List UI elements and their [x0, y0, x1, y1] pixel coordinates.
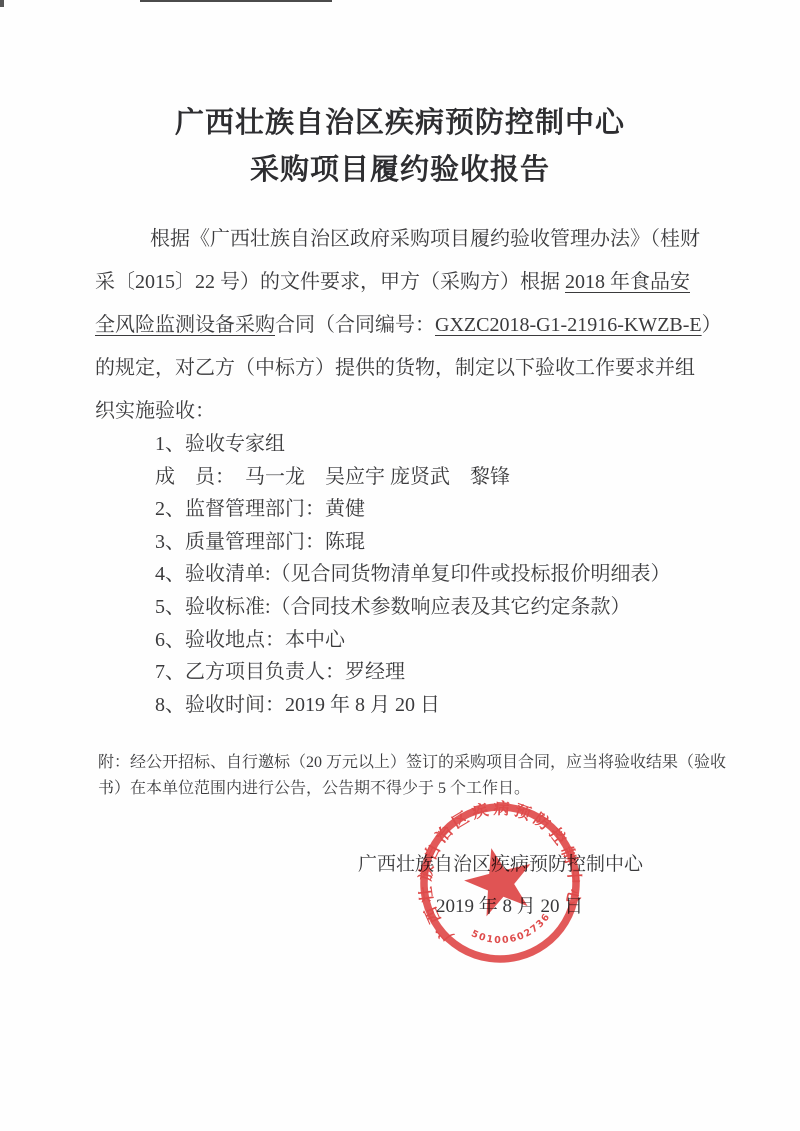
document-title-line2: 采购项目履约验收报告: [0, 147, 800, 188]
text-segment: ）: [702, 314, 722, 336]
list-item: 成 员： 马一龙 吴应宇 庞贤武 黎锋: [155, 461, 671, 494]
document-title-line1: 广西壮族自治区疾病预防控制中心: [0, 100, 800, 141]
paragraph-line: 全风险监测设备采购合同（合同编号：GXZC2018-G1-21916-KWZB-…: [95, 304, 715, 347]
document-page: 广西壮族自治区疾病预防控制中心 采购项目履约验收报告 根据《广西壮族自治区政府采…: [0, 0, 800, 1131]
list-item: 3、质量管理部门：陈琨: [155, 526, 671, 559]
list-item: 5、验收标准:（合同技术参数响应表及其它约定条款）: [155, 591, 671, 624]
scan-artifact-line: [140, 0, 332, 2]
underlined-text-segment: 2018 年食品安: [565, 271, 690, 293]
contract-number: GXZC2018-G1-21916-KWZB-E: [435, 314, 702, 336]
signature-organization: 广西壮族自治区疾病预防控制中心: [358, 849, 643, 876]
paragraph-line: 根据《广西壮族自治区政府采购项目履约验收管理办法》（桂财: [95, 218, 715, 261]
text-segment: 的规定，对乙方（中标方）提供的货物，制定以下验收工作要求并组: [95, 357, 695, 379]
list-item: 2、监督管理部门：黄健: [155, 493, 671, 526]
text-segment: 采〔2015〕22 号）的文件要求，甲方（采购方）根据: [95, 271, 565, 293]
list-item: 8、验收时间：2019 年 8 月 20 日: [155, 689, 671, 722]
intro-paragraph: 根据《广西壮族自治区政府采购项目履约验收管理办法》（桂财 采〔2015〕22 号…: [95, 218, 715, 433]
acceptance-items-list: 1、验收专家组 成 员： 马一龙 吴应宇 庞贤武 黎锋 2、监督管理部门：黄健 …: [155, 428, 671, 721]
list-item: 1、验收专家组: [155, 428, 671, 461]
paragraph-line: 织实施验收：: [95, 390, 715, 433]
text-segment: 织实施验收：: [95, 400, 215, 422]
signature-date: 2019 年 8 月 20 日: [436, 891, 583, 918]
list-item: 4、验收清单:（见合同货物清单复印件或投标报价明细表）: [155, 558, 671, 591]
text-segment: 根据《广西壮族自治区政府采购项目履约验收管理办法》（桂财: [150, 228, 700, 250]
footnote: 附：经公开招标、自行邀标（20 万元以上）签订的采购项目合同，应当将验收结果（验…: [98, 750, 698, 802]
paragraph-line: 采〔2015〕22 号）的文件要求，甲方（采购方）根据 2018 年食品安: [95, 261, 715, 304]
seal-ring: [412, 795, 588, 971]
official-seal: 广西壮族自治区疾病预防控制中心 4501006027365: [412, 795, 588, 971]
list-item: 6、验收地点：本中心: [155, 624, 671, 657]
scan-artifact-speck: [0, 0, 4, 7]
footnote-line: 书）在本单位范围内进行公告，公告期不得少于 5 个工作日。: [98, 776, 698, 802]
text-segment: 合同（合同编号：: [275, 314, 435, 336]
paragraph-line: 的规定，对乙方（中标方）提供的货物，制定以下验收工作要求并组: [95, 347, 715, 390]
underlined-text-segment: 全风险监测设备采购: [95, 314, 275, 336]
list-item: 7、乙方项目负责人：罗经理: [155, 656, 671, 689]
footnote-line: 附：经公开招标、自行邀标（20 万元以上）签订的采购项目合同，应当将验收结果（验…: [98, 750, 698, 776]
official-seal-graphic: 广西壮族自治区疾病预防控制中心 4501006027365: [412, 795, 588, 971]
